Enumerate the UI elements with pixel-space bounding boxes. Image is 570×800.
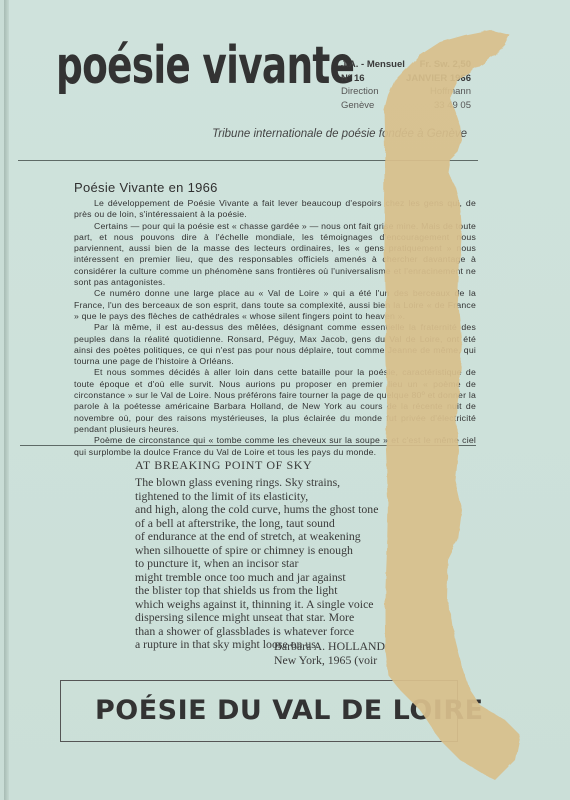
paragraph: Et nous sommes décidés à aller loin dans… — [74, 367, 476, 435]
paragraph: Certains — pour qui la poésie est « chas… — [74, 221, 476, 289]
issue-info-left: Genève — [341, 99, 374, 113]
poem: AT BREAKING POINT OF SKY The blown glass… — [135, 458, 435, 652]
masthead-title: poésie vivante — [56, 40, 354, 92]
paragraph: Par là même, il est au-dessus des mêlées… — [74, 322, 476, 367]
issue-info-row: Direction Hoffmann — [341, 85, 471, 99]
tagline: Tribune internationale de poésie fondée … — [212, 128, 467, 140]
poem-line: to puncture it, when an incisor star — [135, 557, 435, 571]
poem-line: of endurance at the end of stretch, at w… — [135, 530, 435, 544]
poem-line: when silhouette of spire or chimney is e… — [135, 544, 435, 558]
poem-line: tightened to the limit of its elasticity… — [135, 490, 435, 504]
poem-line: The blown glass evening rings. Sky strai… — [135, 476, 435, 490]
poem-signature: Barbara A. HOLLAND New York, 1965 (voir — [274, 640, 385, 667]
issue-info-left: Direction — [341, 85, 379, 99]
divider — [18, 160, 478, 161]
issue-info-left: J.A. - Mensuel — [341, 58, 405, 72]
poem-line: of a bell at afterstrike, the long, taut… — [135, 517, 435, 531]
issue-info-row: Genève 33 49 05 — [341, 99, 471, 113]
editorial-body: Le développement de Poésie Vivante a fai… — [74, 198, 476, 458]
poem-line: the blister top that shields us from the… — [135, 584, 435, 598]
issue-phone: 33 49 05 — [434, 99, 471, 113]
page-edge — [4, 0, 9, 800]
poem-line: than a shower of glassblades is whatever… — [135, 625, 435, 639]
paragraph: Le développement de Poésie Vivante a fai… — [74, 198, 476, 221]
paragraph: Poème de circonstance qui « tombe comme … — [74, 435, 476, 458]
issue-date: JANVIER 1966 — [406, 72, 471, 86]
issue-info-right: Fr. Sw. 2,50 — [420, 58, 471, 72]
issue-info-row: Nº 16 JANVIER 1966 — [341, 72, 471, 86]
author-name: Barbara A. HOLLAND — [274, 640, 385, 654]
author-place-date: New York, 1965 (voir — [274, 654, 385, 668]
magazine-page: poésie vivante J.A. - Mensuel Fr. Sw. 2,… — [4, 0, 570, 800]
issue-info: J.A. - Mensuel Fr. Sw. 2,50 Nº 16 JANVIE… — [341, 58, 471, 112]
poem-line: might tremble once too much and jar agai… — [135, 571, 435, 585]
poem-title: AT BREAKING POINT OF SKY — [135, 458, 435, 473]
poem-line: dispersing silence might unseat that sta… — [135, 611, 435, 625]
issue-info-right: Hoffmann — [430, 85, 471, 99]
poem-line: which weighs against it, thinning it. A … — [135, 598, 435, 612]
paragraph: Ce numéro donne une large place au « Val… — [74, 288, 476, 322]
divider — [20, 445, 476, 446]
issue-number: Nº 16 — [341, 72, 365, 86]
section-banner: POÉSIE DU VAL DE LOIRE — [60, 680, 458, 742]
poem-line: and high, along the cold curve, hums the… — [135, 503, 435, 517]
banner-title: POÉSIE DU VAL DE LOIRE — [95, 695, 484, 726]
editorial-heading: Poésie Vivante en 1966 — [74, 180, 218, 195]
issue-info-row: J.A. - Mensuel Fr. Sw. 2,50 — [341, 58, 471, 72]
